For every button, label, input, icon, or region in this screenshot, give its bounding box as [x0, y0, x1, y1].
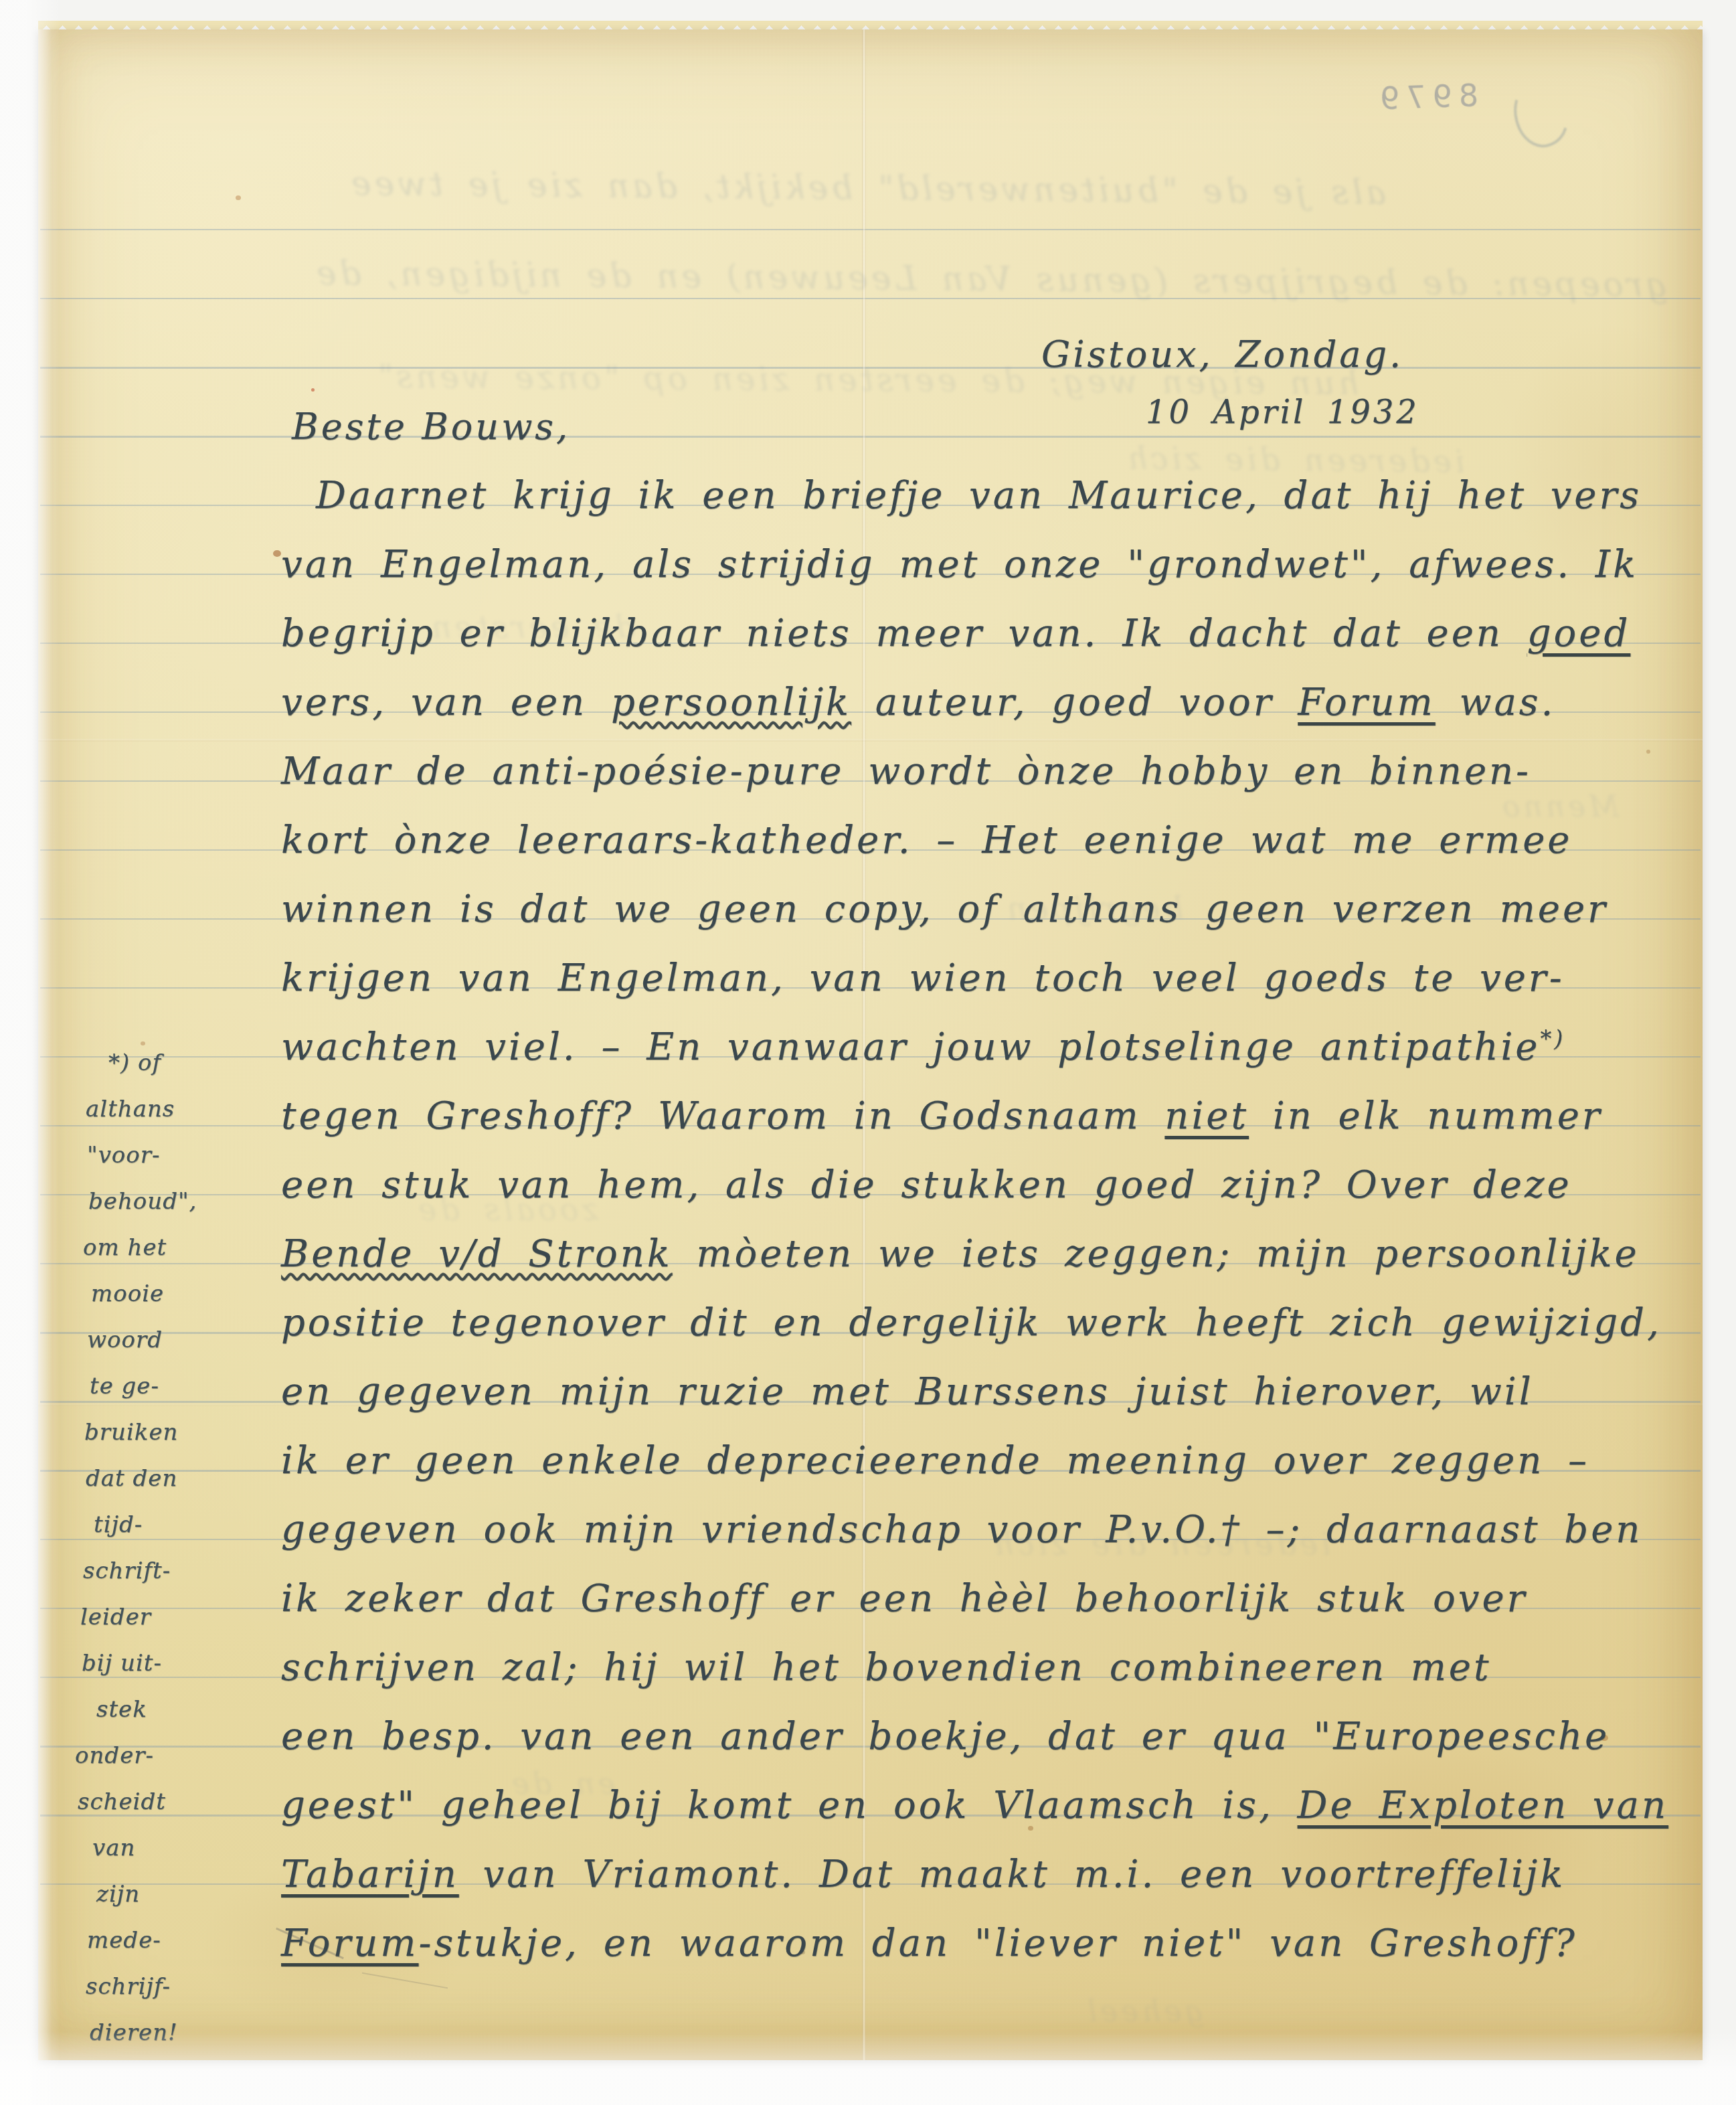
margin-note-line: mede-: [87, 1927, 161, 1954]
body-line: gegeven ook mijn vriendschap voor P.v.O.…: [281, 1509, 1642, 1551]
horizontal-crease: [38, 739, 1703, 742]
foxing-spot: [311, 388, 315, 392]
margin-note-line: te ge-: [90, 1373, 159, 1400]
margin-note-line: behoud",: [88, 1188, 197, 1215]
margin-note-line: scheidt: [78, 1788, 166, 1815]
margin-note-line: woord: [87, 1327, 163, 1353]
body-line: wachten viel. – En vanwaar jouw plotseli…: [281, 1027, 1565, 1068]
body-line: winnen is dat we geen copy, of althans g…: [281, 889, 1608, 930]
text-segment: en gegeven mijn ruzie met Burssens juist…: [281, 1370, 1534, 1414]
text-segment: Maar de anti-poésie-pure wordt ònze hobb…: [281, 750, 1531, 793]
underlined-word: Tabarijn: [281, 1853, 459, 1896]
underlined-word: niet: [1164, 1094, 1249, 1138]
margin-note-line: onder-: [75, 1742, 154, 1769]
body-line: geest" geheel bij komt en ook Vlaamsch i…: [281, 1785, 1668, 1827]
margin-note-line: bruiken: [84, 1419, 178, 1446]
body-line: krijgen van Engelman, van wien toch veel…: [281, 958, 1565, 999]
margin-note-line: stek: [96, 1696, 147, 1723]
text-segment: schrijven zal; hij wil het bovendien com…: [281, 1646, 1492, 1689]
margin-note-line: tijd-: [94, 1511, 143, 1538]
margin-note-line: bij uit-: [82, 1650, 162, 1677]
body-line: Tabarijn van Vriamont. Dat maakt m.i. ee…: [281, 1854, 1565, 1896]
text-segment: kort ònze leeraars-katheder. – Het eenig…: [281, 819, 1572, 862]
text-segment: vers, van een: [281, 681, 611, 724]
body-line: tegen Greshoff? Waarom in Godsnaam niet …: [281, 1096, 1603, 1137]
underlined-word: De Exploten van: [1298, 1784, 1668, 1827]
body-line: begrijp er blijkbaar niets meer van. Ik …: [281, 613, 1630, 655]
margin-note-line: althans: [86, 1096, 175, 1122]
body-line: ik zeker dat Greshoff er een hèèl behoor…: [281, 1578, 1527, 1620]
text-segment: tegen Greshoff? Waarom in Godsnaam: [281, 1094, 1164, 1138]
underlined-word: Forum: [1298, 681, 1435, 724]
place-date-line: Gistoux, Zondag.: [1041, 333, 1403, 375]
text-segment: winnen is dat we geen copy, of althans g…: [281, 888, 1608, 931]
body-line: van Engelman, als strijdig met onze "gro…: [281, 544, 1638, 586]
footnote-marker: *): [1541, 1025, 1566, 1051]
foxing-spot: [1646, 750, 1650, 754]
scanned-letter-page: als je de "buitenwereld" bekijkt, dan zi…: [0, 0, 1736, 2105]
body-line: een besp. van een ander boekje, dat er q…: [281, 1716, 1610, 1758]
text-segment: auteur, goed voor: [851, 681, 1298, 724]
text-segment: begrijp er blijkbaar niets meer van. Ik …: [281, 612, 1527, 655]
body-line: positie tegenover dit en dergelijk werk …: [281, 1302, 1662, 1344]
body-line: vers, van een persoonlijk auteur, goed v…: [281, 682, 1555, 724]
date-line: 10 April 1932: [1146, 394, 1419, 431]
text-segment: een besp. van een ander boekje, dat er q…: [281, 1715, 1610, 1758]
foxing-spot: [236, 195, 241, 200]
text-segment: een stuk van hem, als die stukken goed z…: [281, 1163, 1572, 1207]
body-line: Forum-stukje, en waarom dan "liever niet…: [281, 1923, 1577, 1964]
text-segment: was.: [1436, 681, 1556, 724]
text-segment: wachten viel. – En vanwaar jouw plotseli…: [281, 1025, 1541, 1069]
body-line: Maar de anti-poésie-pure wordt ònze hobb…: [281, 751, 1531, 792]
margin-note-line: zijn: [96, 1881, 140, 1908]
margin-note-line: mooie: [91, 1280, 164, 1307]
text-segment: -stukje, en waarom dan "liever niet" van…: [418, 1922, 1577, 1965]
text-segment: geest" geheel bij komt en ook Vlaamsch i…: [281, 1784, 1298, 1827]
text-segment: ik zeker dat Greshoff er een hèèl behoor…: [281, 1577, 1527, 1620]
underlined-word: Bende v/d Stronk: [281, 1232, 673, 1276]
text-segment: krijgen van Engelman, van wien toch veel…: [281, 956, 1565, 1000]
margin-note-line: schrijf-: [86, 1973, 171, 2000]
body-line: Daarnet krijg ik een briefje van Maurice…: [316, 475, 1642, 517]
underlined-word: Forum: [281, 1922, 418, 1965]
body-line: en gegeven mijn ruzie met Burssens juist…: [281, 1371, 1534, 1413]
body-line: een stuk van hem, als die stukken goed z…: [281, 1165, 1572, 1206]
body-line: kort ònze leeraars-katheder. – Het eenig…: [281, 820, 1572, 861]
margin-note-line: van: [92, 1835, 135, 1861]
text-segment: Daarnet krijg ik een briefje van Maurice…: [316, 474, 1642, 517]
foxing-spot: [273, 550, 281, 557]
margin-note-line: dieren!: [90, 2019, 178, 2046]
text-segment: mòeten we iets zeggen; mijn persoonlijke: [673, 1232, 1640, 1276]
salutation: Beste Bouws,: [292, 406, 570, 448]
archive-number-bleedthrough: 8979: [1373, 77, 1479, 116]
margin-note-line: leider: [80, 1604, 151, 1630]
margin-note-line: dat den: [86, 1465, 177, 1492]
body-line: Bende v/d Stronk mòeten we iets zeggen; …: [281, 1234, 1640, 1275]
underlined-word: persoonlijk: [611, 681, 851, 724]
foxing-spot: [141, 1041, 145, 1045]
margin-note-line: *) of: [108, 1049, 161, 1076]
text-segment: van Vriamont. Dat maakt m.i. een voortre…: [459, 1853, 1565, 1896]
margin-note-line: "voor-: [87, 1142, 161, 1169]
paper-stain: [1272, 1740, 1606, 1941]
text-segment: in elk nummer: [1249, 1094, 1603, 1138]
text-segment: positie tegenover dit en dergelijk werk …: [281, 1301, 1662, 1345]
text-segment: ik er geen enkele deprecieerende meening…: [281, 1439, 1589, 1483]
body-line: schrijven zal; hij wil het bovendien com…: [281, 1647, 1492, 1689]
text-segment: gegeven ook mijn vriendschap voor P.v.O.…: [281, 1508, 1642, 1551]
body-line: ik er geen enkele deprecieerende meening…: [281, 1440, 1589, 1482]
text-segment: van Engelman, als strijdig met onze "gro…: [281, 543, 1638, 586]
perforated-top-edge: [38, 21, 1703, 30]
margin-note-line: schrift-: [83, 1557, 171, 1584]
bleedthrough-text: geheel: [1084, 1995, 1204, 2029]
margin-note-line: om het: [83, 1234, 167, 1261]
underlined-word: goed: [1527, 612, 1631, 655]
